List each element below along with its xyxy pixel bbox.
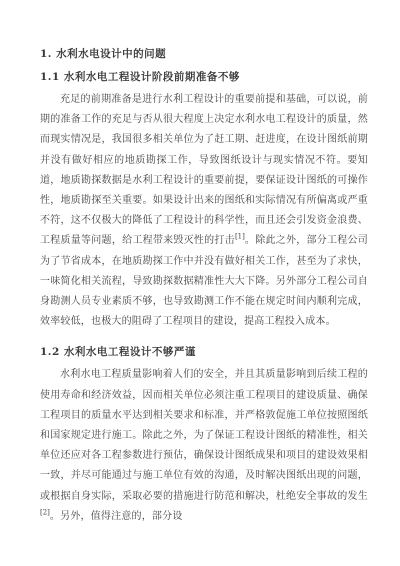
subsection-1-2-heading: 1.2 水利水电工程设计不够严谨 — [40, 345, 368, 359]
paragraph-2-continued: 。另外，值得注意的，部分设 — [50, 511, 183, 522]
paragraph-2: 水利水电工程质量影响着人们的安全，并且其质量影响到后续工程的使用寿命和经济效益，… — [40, 365, 368, 527]
paragraph-1-continued: 。除此之外，部分工程公司为了节省成本，在地质勘探工作中并没有做好相关工作，甚至为… — [40, 235, 368, 327]
paragraph-1: 充足的前期准备是进行水利工程设计的重要前提和基础，可以说，前期的准备工作的充足与… — [40, 90, 368, 332]
subsection-1-1-heading: 1.1 水利水电工程设计阶段前期准备不够 — [40, 70, 368, 84]
paragraph-2-text: 水利水电工程质量影响着人们的安全，并且其质量影响到后续工程的使用寿命和经济效益，… — [40, 369, 368, 501]
paragraph-1-text: 充足的前期准备是进行水利工程设计的重要前提和基础，可以说，前期的准备工作的充足与… — [40, 94, 368, 246]
section-heading: 1. 水利水电设计中的问题 — [40, 47, 368, 61]
citation-2-superscript: [2] — [40, 509, 50, 517]
document-page: 1. 水利水电设计中的问题 1.1 水利水电工程设计阶段前期准备不够 充足的前期… — [0, 0, 400, 566]
citation-1-superscript: [1] — [235, 233, 245, 241]
